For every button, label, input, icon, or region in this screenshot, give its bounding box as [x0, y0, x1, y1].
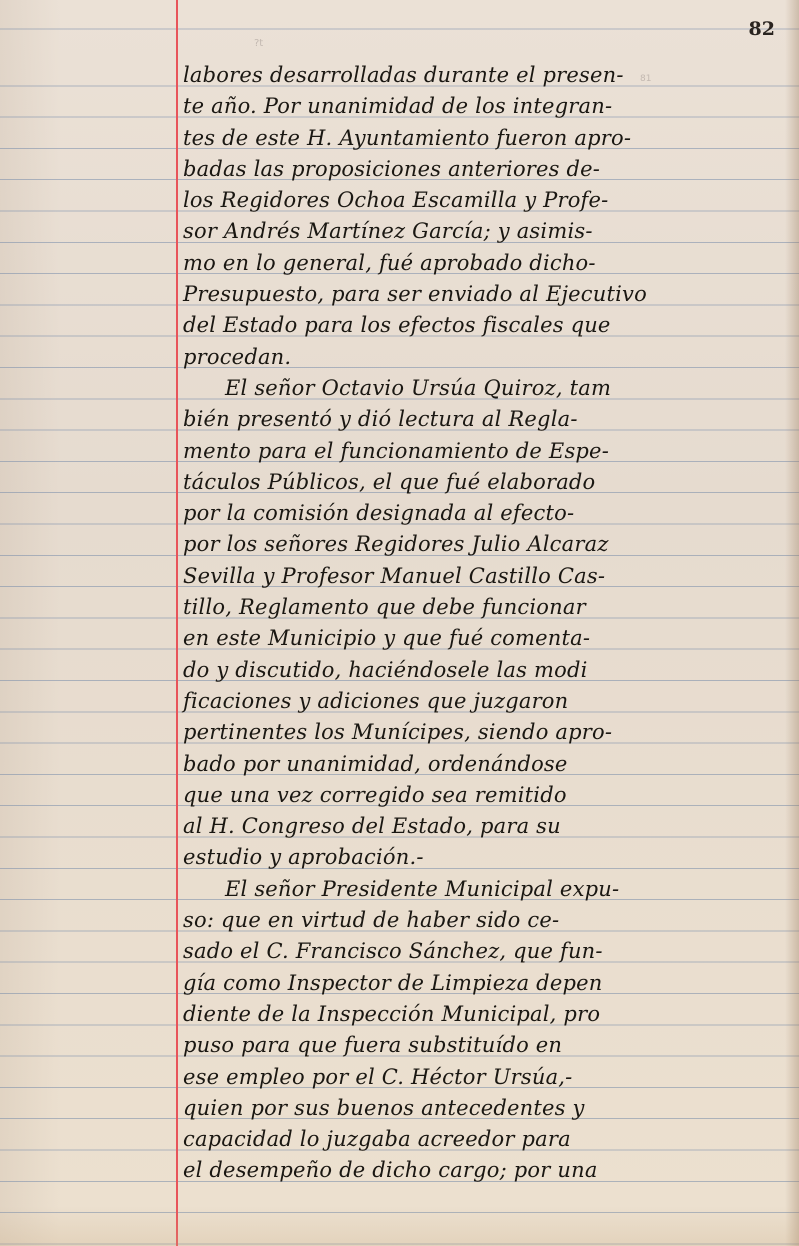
text-line: tillo, Reglamento que debe funcionar	[183, 592, 783, 623]
page-number: 82	[749, 18, 775, 40]
text-line: Presupuesto, para ser enviado al Ejecuti…	[183, 279, 783, 310]
faint-pencil-mark: ?t	[254, 38, 263, 49]
text-line: do y discutido, haciéndosele las modi	[183, 655, 783, 686]
ledger-page: ?t 81 82 labores desarrolladas durante e…	[0, 0, 799, 1246]
text-line: labores desarrolladas durante el presen-	[183, 60, 783, 91]
page-bottom-tint	[0, 1206, 799, 1246]
text-line: sado el C. Francisco Sánchez, que fun-	[183, 936, 783, 967]
text-line: tes de este H. Ayuntamiento fueron apro-	[183, 123, 783, 154]
text-line: en este Municipio y que fué comenta-	[183, 623, 783, 654]
text-line: te año. Por unanimidad de los integran-	[183, 91, 783, 122]
paragraph-start-line: El señor Octavio Ursúa Quiroz, tam	[183, 373, 783, 404]
text-line: so: que en virtud de haber sido ce-	[183, 905, 783, 936]
text-line: capacidad lo juzgaba acreedor para	[183, 1124, 783, 1155]
text-line: por los señores Regidores Julio Alcaraz	[183, 529, 783, 560]
text-line: gía como Inspector de Limpieza depen	[183, 968, 783, 999]
text-line: estudio y aprobación.-	[183, 842, 783, 873]
text-line: ficaciones y adiciones que juzgaron	[183, 686, 783, 717]
text-line: badas las proposiciones anteriores de-	[183, 154, 783, 185]
text-line: puso para que fuera substituído en	[183, 1030, 783, 1061]
text-line: diente de la Inspección Municipal, pro	[183, 999, 783, 1030]
text-line: mento para el funcionamiento de Espe-	[183, 436, 783, 467]
text-line: bién presentó y dió lectura al Regla-	[183, 404, 783, 435]
text-line: bado por unanimidad, ordenándose	[183, 749, 783, 780]
text-line: pertinentes los Munícipes, siendo apro-	[183, 717, 783, 748]
paragraph-start-line: El señor Presidente Municipal expu-	[183, 874, 783, 905]
text-line: quien por sus buenos antecedentes y	[183, 1093, 783, 1124]
text-line: mo en lo general, fué aprobado dicho-	[183, 248, 783, 279]
text-line: ese empleo por el C. Héctor Ursúa,-	[183, 1062, 783, 1093]
text-line: del Estado para los efectos fiscales que	[183, 310, 783, 341]
text-line: el desempeño de dicho cargo; por una	[183, 1155, 783, 1186]
text-line: los Regidores Ochoa Escamilla y Profe-	[183, 185, 783, 216]
text-line: sor Andrés Martínez García; y asimis-	[183, 216, 783, 247]
handwritten-minutes-text: labores desarrolladas durante el presen-…	[183, 60, 783, 1187]
text-line: Sevilla y Profesor Manuel Castillo Cas-	[183, 561, 783, 592]
page-edge-shadow	[785, 0, 799, 1246]
red-margin-line	[176, 0, 178, 1246]
text-line: que una vez corregido sea remitido	[183, 780, 783, 811]
text-line: táculos Públicos, el que fué elaborado	[183, 467, 783, 498]
text-line: procedan.	[183, 342, 783, 373]
text-line: por la comisión designada al efecto-	[183, 498, 783, 529]
text-line: al H. Congreso del Estado, para su	[183, 811, 783, 842]
